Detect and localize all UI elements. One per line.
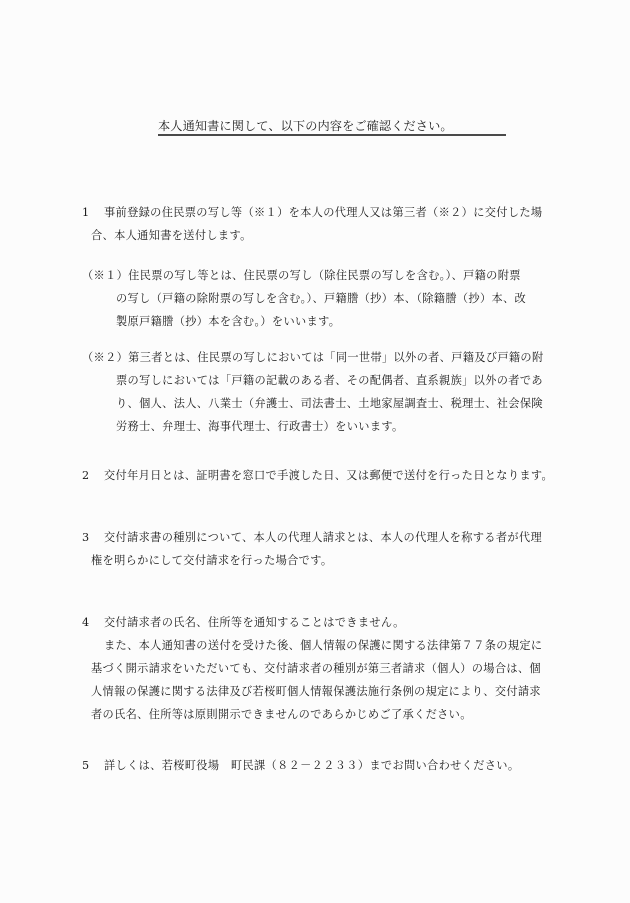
note-1-line-2: の写し（戸籍の除附票の写しを含む。）、戸籍謄（抄）本、（除籍謄（抄）本、改	[82, 287, 526, 310]
item-text: 人情報の保護に関する法律及び若桜町個人情報保護法施行条例の規定により、交付請求	[91, 685, 541, 698]
item-text: 基づく開示請求をいただいても、交付請求者の種別が第三者請求（個人）の場合は、個	[91, 662, 541, 675]
item-text: 詳しくは、若桜町役場 町民課（８２－２２３３）までお問い合わせください。	[104, 759, 519, 772]
item-text: 合、本人通知書を送付します。	[91, 229, 252, 242]
note-label: （※１）	[82, 269, 128, 282]
note-2-line-1: （※２）第三者とは、住民票の写しにおいては「同一世帯」以外の者、戸籍及び戸籍の附	[82, 346, 544, 369]
item-1: 1事前登録の住民票の写し等（※１）を本人の代理人又は第三者（※２）に交付した場 …	[82, 201, 542, 247]
item-number: 1	[82, 201, 104, 224]
item-text: 交付請求者の氏名、住所等を通知することはできません。	[104, 616, 405, 629]
document-page: 本人通知書に関して、以下の内容をご確認ください。 1事前登録の住民票の写し等（※…	[0, 0, 630, 903]
note-text: 製原戸籍謄（抄）本を含む。）をいいます。	[116, 315, 340, 328]
note-text: の写し（戸籍の除附票の写しを含む。）、戸籍謄（抄）本、（除籍謄（抄）本、改	[116, 292, 526, 305]
note-2-line-3: り、個人、法人、八業士（弁護士、司法書士、土地家屋調査士、税理士、社会保険	[82, 392, 544, 415]
note-text: り、個人、法人、八業士（弁護士、司法書士、土地家屋調査士、税理士、社会保険	[116, 397, 543, 410]
document-title: 本人通知書に関して、以下の内容をご確認ください。	[158, 118, 506, 134]
item-number: 5	[82, 754, 104, 777]
item-text: 交付年月日とは、証明書を窓口で手渡した日、又は郵便で送付を行った日となります。	[104, 469, 553, 482]
item-3: 3交付請求書の種別について、本人の代理人請求とは、本人の代理人を称する者が代理 …	[82, 526, 542, 572]
item-text: 者の氏名、住所等は原則開示できませんのであらかじめご了承ください。	[91, 708, 472, 721]
item-4-line-2: また、本人通知書の送付を受けた後、個人情報の保護に関する法律第７７条の規定に	[82, 634, 542, 657]
item-3-line-2: 権を明らかにして交付請求を行った場合です。	[82, 549, 542, 572]
item-text: 交付請求書の種別について、本人の代理人請求とは、本人の代理人を称する者が代理	[104, 531, 542, 544]
note-text: 住民票の写し等とは、住民票の写し（除住民票の写しを含む。）、戸籍の附票	[128, 269, 521, 282]
item-number: 2	[82, 464, 104, 487]
item-2: 2交付年月日とは、証明書を窓口で手渡した日、又は郵便で送付を行った日となります。	[82, 464, 553, 487]
item-3-line-1: 3交付請求書の種別について、本人の代理人請求とは、本人の代理人を称する者が代理	[82, 526, 542, 549]
item-5-line-1: 5詳しくは、若桜町役場 町民課（８２－２２３３）までお問い合わせください。	[82, 754, 519, 777]
item-text: また、本人通知書の送付を受けた後、個人情報の保護に関する法律第７７条の規定に	[104, 639, 542, 652]
note-1-line-1: （※１）住民票の写し等とは、住民票の写し（除住民票の写しを含む。）、戸籍の附票	[82, 264, 526, 287]
note-1: （※１）住民票の写し等とは、住民票の写し（除住民票の写しを含む。）、戸籍の附票 …	[82, 264, 526, 333]
note-2: （※２）第三者とは、住民票の写しにおいては「同一世帯」以外の者、戸籍及び戸籍の附…	[82, 346, 544, 438]
title-underline	[158, 134, 506, 136]
item-4-line-1: 4交付請求者の氏名、住所等を通知することはできません。	[82, 611, 542, 634]
item-number: 3	[82, 526, 104, 549]
note-label: （※２）	[82, 351, 128, 364]
note-2-line-4: 労務士、弁理士、海事代理士、行政書士）をいいます。	[82, 415, 544, 438]
item-text: 事前登録の住民票の写し等（※１）を本人の代理人又は第三者（※２）に交付した場	[104, 206, 542, 219]
item-text: 権を明らかにして交付請求を行った場合です。	[91, 554, 332, 567]
item-5: 5詳しくは、若桜町役場 町民課（８２－２２３３）までお問い合わせください。	[82, 754, 519, 777]
item-number: 4	[82, 611, 104, 634]
item-4-line-3: 基づく開示請求をいただいても、交付請求者の種別が第三者請求（個人）の場合は、個	[82, 657, 542, 680]
note-1-line-3: 製原戸籍謄（抄）本を含む。）をいいます。	[82, 310, 526, 333]
item-4: 4交付請求者の氏名、住所等を通知することはできません。 また、本人通知書の送付を…	[82, 611, 542, 726]
item-4-line-5: 者の氏名、住所等は原則開示できませんのであらかじめご了承ください。	[82, 703, 542, 726]
item-1-line-1: 1事前登録の住民票の写し等（※１）を本人の代理人又は第三者（※２）に交付した場	[82, 201, 542, 224]
note-text: 労務士、弁理士、海事代理士、行政書士）をいいます。	[116, 420, 404, 433]
note-text: 第三者とは、住民票の写しにおいては「同一世帯」以外の者、戸籍及び戸籍の附	[128, 351, 543, 364]
item-2-line-1: 2交付年月日とは、証明書を窓口で手渡した日、又は郵便で送付を行った日となります。	[82, 464, 553, 487]
item-1-line-2: 合、本人通知書を送付します。	[82, 224, 542, 247]
item-4-line-4: 人情報の保護に関する法律及び若桜町個人情報保護法施行条例の規定により、交付請求	[82, 680, 542, 703]
note-2-line-2: 票の写しにおいては「戸籍の記載のある者、その配偶者、直系親族」以外の者であ	[82, 369, 544, 392]
note-text: 票の写しにおいては「戸籍の記載のある者、その配偶者、直系親族」以外の者であ	[116, 374, 543, 387]
